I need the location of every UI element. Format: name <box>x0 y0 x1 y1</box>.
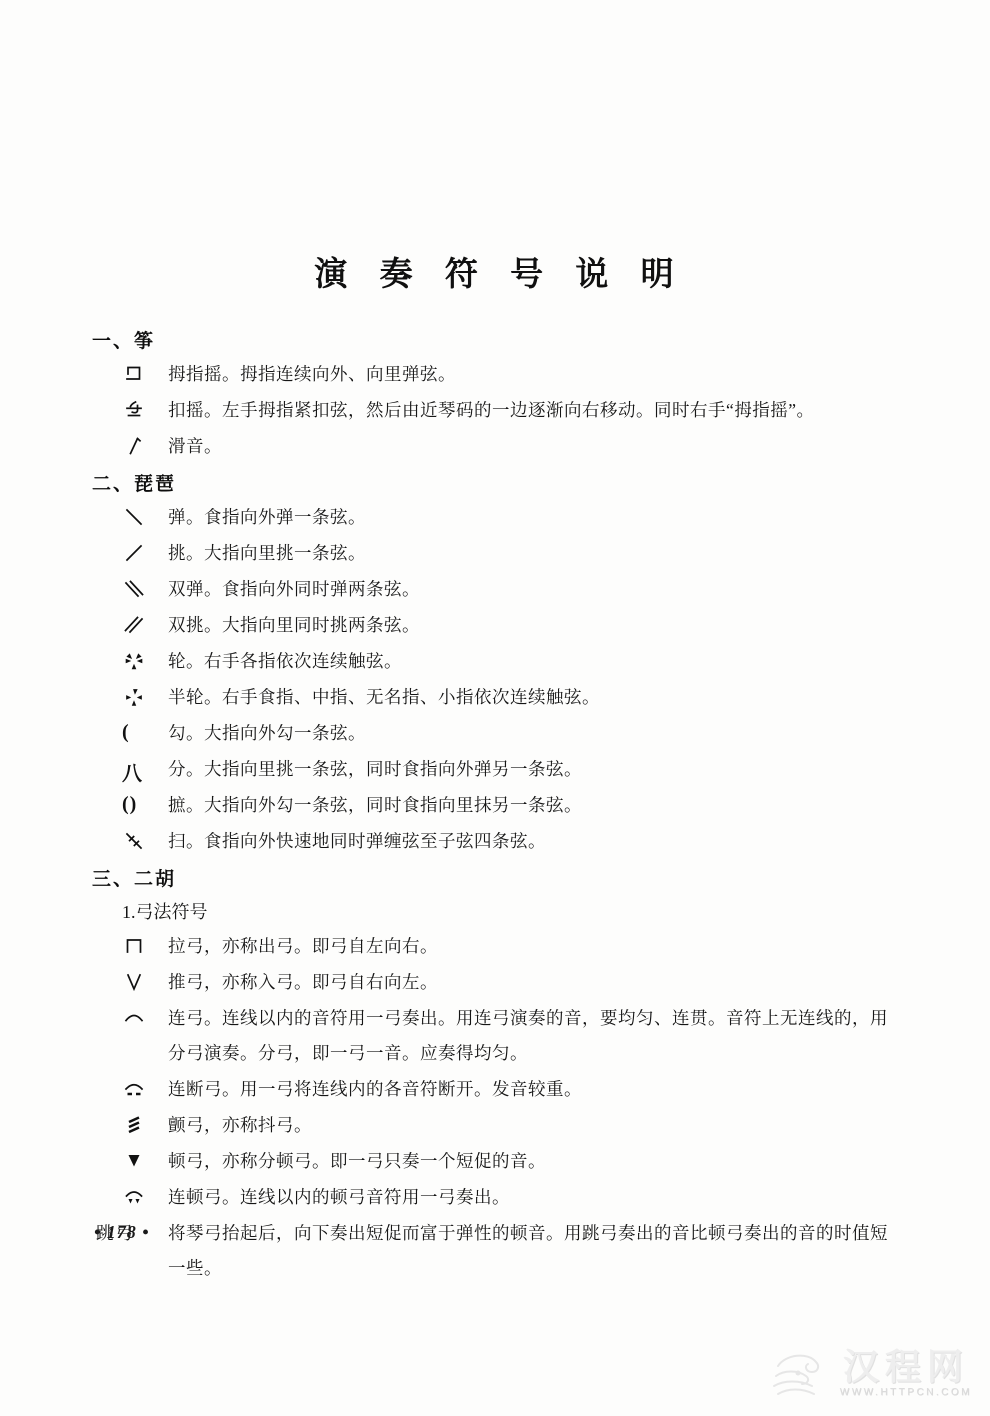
watermark-text: 汉程网 WWW.HTTPCN.COM <box>840 1348 972 1400</box>
double-backslash-icon <box>122 572 168 601</box>
symbol-description: 轮。右手各指依次连续触弦。 <box>168 644 905 679</box>
parens-symbol: () <box>122 788 168 816</box>
symbol-description: 扫。食指向外快速地同时弹缠弦至子弦四条弦。 <box>168 824 905 859</box>
section-heading-zheng: 一、筝 <box>92 327 905 357</box>
symbol-description: 拉弓，亦称出弓。即弓自左向右。 <box>168 929 905 964</box>
slur-staccato-icon <box>122 1180 168 1209</box>
kou-yao-icon <box>122 393 168 422</box>
page-title: 演 奏 符 号 说 明 <box>92 248 905 295</box>
symbol-row: 推弓，亦称入弓。即弓自右向左。 <box>122 965 905 1000</box>
slur-dash-icon <box>122 1072 168 1101</box>
ba-symbol: 八 <box>122 752 168 786</box>
subheading-bowing-symbols: 1.弓法符号 <box>122 895 905 929</box>
symbol-description: 将琴弓抬起后，向下奏出短促而富于弹性的顿音。用跳弓奏出的音比顿弓奏出的音的时值短… <box>168 1216 905 1286</box>
symbol-description: 弹。食指向外弹一条弦。 <box>168 500 905 535</box>
symbol-description: 勾。大指向外勾一条弦。 <box>168 716 905 751</box>
up-bow-icon <box>122 965 168 994</box>
section-heading-pipa: 二、琵琶 <box>92 470 905 500</box>
open-paren-symbol: ( <box>122 716 168 744</box>
symbol-description: 拇指摇。拇指连续向外、向里弹弦。 <box>168 357 905 392</box>
symbol-row: 连顿弓。连线以内的顿弓音符用一弓奏出。 <box>122 1180 905 1215</box>
symbol-description: 推弓，亦称入弓。即弓自右向左。 <box>168 965 905 1000</box>
symbol-row: 轮。右手各指依次连续触弦。 <box>122 644 905 679</box>
watermark-site-url: WWW.HTTPCN.COM <box>840 1386 972 1400</box>
document-page: 演 奏 符 号 说 明 一、筝 拇指摇。拇指连续向外、向里弹弦。 扣摇。左手拇指… <box>0 0 990 1416</box>
symbol-row: 扫。食指向外快速地同时弹缠弦至子弦四条弦。 <box>122 824 905 859</box>
symbol-row: 连弓。连线以内的音符用一弓奏出。用连弓演奏的音，要均匀、连贯。音符上无连线的，用… <box>122 1001 905 1071</box>
symbol-row: 拉弓，亦称出弓。即弓自左向右。 <box>122 929 905 964</box>
section-heading-erhu: 三、二胡 <box>92 865 905 895</box>
symbol-description: 滑音。 <box>168 429 905 464</box>
staccato-triangle-icon <box>122 1144 168 1173</box>
symbol-description: 连断弓。用一弓将连线内的各音符断开。发音较重。 <box>168 1072 905 1107</box>
symbol-row: 顿弓，亦称分顿弓。即一弓只奏一个短促的音。 <box>122 1144 905 1179</box>
page-content: 演 奏 符 号 说 明 一、筝 拇指摇。拇指连续向外、向里弹弦。 扣摇。左手拇指… <box>92 0 905 1287</box>
half-wheel-icon <box>122 680 168 709</box>
symbol-row: () 摭。大指向外勾一条弦，同时食指向里抹另一条弦。 <box>122 788 905 823</box>
symbol-description: 摭。大指向外勾一条弦，同时食指向里抹另一条弦。 <box>168 788 905 823</box>
symbol-row: 挑。大指向里挑一条弦。 <box>122 536 905 571</box>
symbol-description: 挑。大指向里挑一条弦。 <box>168 536 905 571</box>
symbol-description: 连弓。连线以内的音符用一弓奏出。用连弓演奏的音，要均匀、连贯。音符上无连线的，用… <box>168 1001 905 1071</box>
sweep-icon <box>122 824 168 853</box>
symbol-description: 双挑。大指向里同时挑两条弦。 <box>168 608 905 643</box>
symbol-row: 半轮。右手食指、中指、无名指、小指依次连续触弦。 <box>122 680 905 715</box>
symbol-row: 弹。食指向外弹一条弦。 <box>122 500 905 535</box>
symbol-row: 双弹。食指向外同时弹两条弦。 <box>122 572 905 607</box>
symbol-row: 扣摇。左手拇指紧扣弦，然后由近琴码的一边逐渐向右移动。同时右手“拇指摇”。 <box>122 393 905 428</box>
symbol-description: 双弹。食指向外同时弹两条弦。 <box>168 572 905 607</box>
symbol-row: 双挑。大指向里同时挑两条弦。 <box>122 608 905 643</box>
symbol-description: 连顿弓。连线以内的顿弓音符用一弓奏出。 <box>168 1180 905 1215</box>
tremolo-bow-icon <box>122 1108 168 1137</box>
httpcn-beast-logo-icon <box>768 1346 832 1402</box>
down-bow-icon <box>122 929 168 958</box>
symbol-row: 连断弓。用一弓将连线内的各音符断开。发音较重。 <box>122 1072 905 1107</box>
symbol-description: 半轮。右手食指、中指、无名指、小指依次连续触弦。 <box>168 680 905 715</box>
page-number: • 178 • <box>94 1222 150 1243</box>
symbol-description: 扣摇。左手拇指紧扣弦，然后由近琴码的一边逐渐向右移动。同时右手“拇指摇”。 <box>168 393 905 428</box>
symbol-row: 颤弓，亦称抖弓。 <box>122 1108 905 1143</box>
symbol-description: 分。大指向里挑一条弦，同时食指向外弹另一条弦。 <box>168 752 905 787</box>
watermark-site-name: 汉程网 <box>840 1348 972 1386</box>
slash-icon <box>122 536 168 565</box>
slide-icon <box>122 429 168 458</box>
slur-icon <box>122 1001 168 1030</box>
symbol-row: 拇指摇。拇指连续向外、向里弹弦。 <box>122 357 905 392</box>
watermark: 汉程网 WWW.HTTPCN.COM <box>768 1346 972 1402</box>
thumb-tremolo-icon <box>122 357 168 386</box>
symbol-row: 滑音。 <box>122 429 905 464</box>
symbol-row: ( 勾。大指向外勾一条弦。 <box>122 716 905 751</box>
symbol-description: 颤弓，亦称抖弓。 <box>168 1108 905 1143</box>
double-slash-icon <box>122 608 168 637</box>
symbol-description: 顿弓，亦称分顿弓。即一弓只奏一个短促的音。 <box>168 1144 905 1179</box>
backslash-icon <box>122 500 168 529</box>
wheel-icon <box>122 644 168 673</box>
symbol-row: 八 分。大指向里挑一条弦，同时食指向外弹另一条弦。 <box>122 752 905 787</box>
symbol-row: 跳弓 将琴弓抬起后，向下奏出短促而富于弹性的顿音。用跳弓奏出的音比顿弓奏出的音的… <box>96 1216 905 1286</box>
